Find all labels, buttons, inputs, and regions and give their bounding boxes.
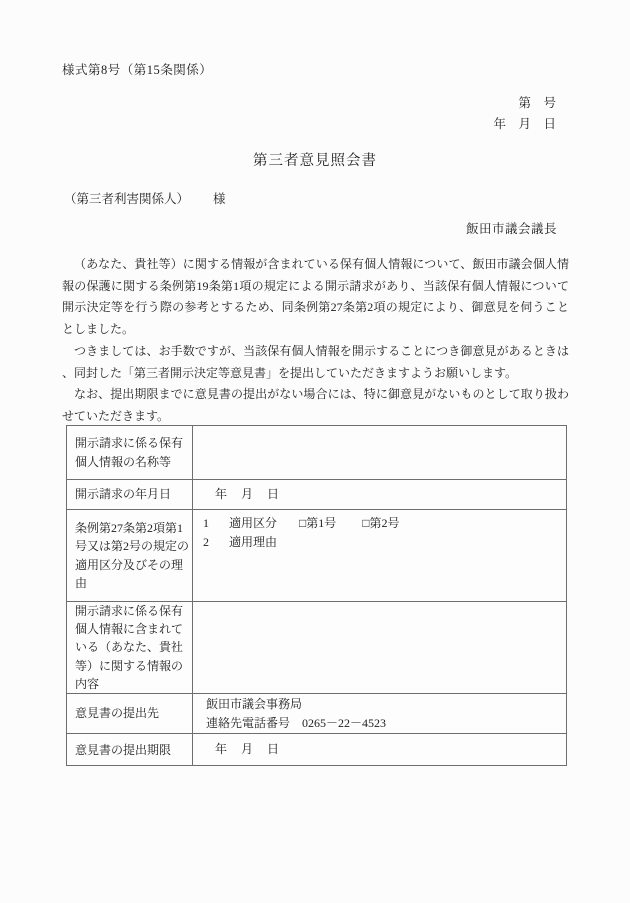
doc-date: 年 月 日 xyxy=(493,114,556,135)
form-table: 開示請求に係る保有個人情報の名称等 開示請求の年月日 年 月 日 条例第27条第… xyxy=(66,425,567,766)
doc-number: 第 号 xyxy=(493,93,556,114)
page-title: 第三者意見照会書 xyxy=(0,149,630,170)
row-label-info-content: 開示請求に係る保有個人情報に含まれている（あなた、貴社等）に関する情報の内容 xyxy=(67,602,193,694)
table-row-info-content: 開示請求に係る保有個人情報に含まれている（あなた、貴社等）に関する情報の内容 xyxy=(67,602,567,694)
addressee-line: （第三者利害関係人）様 xyxy=(64,189,226,207)
table-row-deadline: 意見書の提出期限 年 月 日 xyxy=(67,734,567,766)
table-row-applicability: 条例第27条第2項第1号又は第2号の規定の適用区分及びその理由 1適用区分□第1… xyxy=(67,510,567,602)
body-text: （あなた、貴社等）に関する情報が含まれている保有個人情報について、飯田市議会個人… xyxy=(62,254,569,428)
addressee-honorific: 様 xyxy=(213,192,226,206)
document-page: 様式第8号（第15条関係） 第 号 年 月 日 第三者意見照会書 （第三者利害関… xyxy=(0,0,630,903)
row-value-info-content xyxy=(193,602,567,694)
option-group-no1: □第1号 xyxy=(299,516,336,530)
applicability-line-2: 2適用理由 xyxy=(203,533,560,552)
item-label-category: 適用区分 xyxy=(229,516,277,530)
item-number-1: 1 xyxy=(203,514,229,533)
item-number-2: 2 xyxy=(203,533,229,552)
row-label-submit-to: 意見書の提出先 xyxy=(67,694,193,734)
option-label-no1: 第1号 xyxy=(306,516,336,530)
sender-name: 飯田市議会議長 xyxy=(466,219,557,237)
row-value-applicability: 1適用区分□第1号□第2号 2適用理由 xyxy=(193,510,567,602)
option-label-no2: 第2号 xyxy=(370,516,400,530)
table-row-submit-to: 意見書の提出先 飯田市議会事務局 連絡先電話番号 0265－22－4523 xyxy=(67,694,567,734)
table-row-info-name: 開示請求に係る保有個人情報の名称等 xyxy=(67,426,567,480)
paragraph-1: （あなた、貴社等）に関する情報が含まれている保有個人情報について、飯田市議会個人… xyxy=(62,254,569,341)
form-number: 様式第8号（第15条関係） xyxy=(62,60,212,78)
submit-to-phone: 連絡先電話番号 0265－22－4523 xyxy=(206,714,560,733)
paragraph-2: つきましては、お手数ですが、当該保有個人情報を開示することにつき御意見があるとき… xyxy=(62,341,569,384)
row-value-deadline: 年 月 日 xyxy=(193,734,567,766)
option-group-no2: □第2号 xyxy=(362,516,399,530)
row-value-info-name xyxy=(193,426,567,480)
checkbox-icon-no2[interactable]: □ xyxy=(362,514,369,533)
row-value-submit-to: 飯田市議会事務局 連絡先電話番号 0265－22－4523 xyxy=(193,694,567,734)
row-value-request-date: 年 月 日 xyxy=(193,480,567,510)
table-row-request-date: 開示請求の年月日 年 月 日 xyxy=(67,480,567,510)
addressee-name: （第三者利害関係人） xyxy=(64,192,189,206)
doc-meta-block: 第 号 年 月 日 xyxy=(493,93,556,135)
row-label-applicability: 条例第27条第2項第1号又は第2号の規定の適用区分及びその理由 xyxy=(67,510,193,602)
item-label-reason: 適用理由 xyxy=(229,535,277,549)
submit-to-office: 飯田市議会事務局 xyxy=(206,695,560,714)
row-label-request-date: 開示請求の年月日 xyxy=(67,480,193,510)
row-label-info-name: 開示請求に係る保有個人情報の名称等 xyxy=(67,426,193,480)
paragraph-3: なお、提出期限までに意見書の提出がない場合には、特に御意見がないものとして取り扱… xyxy=(62,384,569,427)
row-label-deadline: 意見書の提出期限 xyxy=(67,734,193,766)
applicability-line-1: 1適用区分□第1号□第2号 xyxy=(203,514,560,533)
